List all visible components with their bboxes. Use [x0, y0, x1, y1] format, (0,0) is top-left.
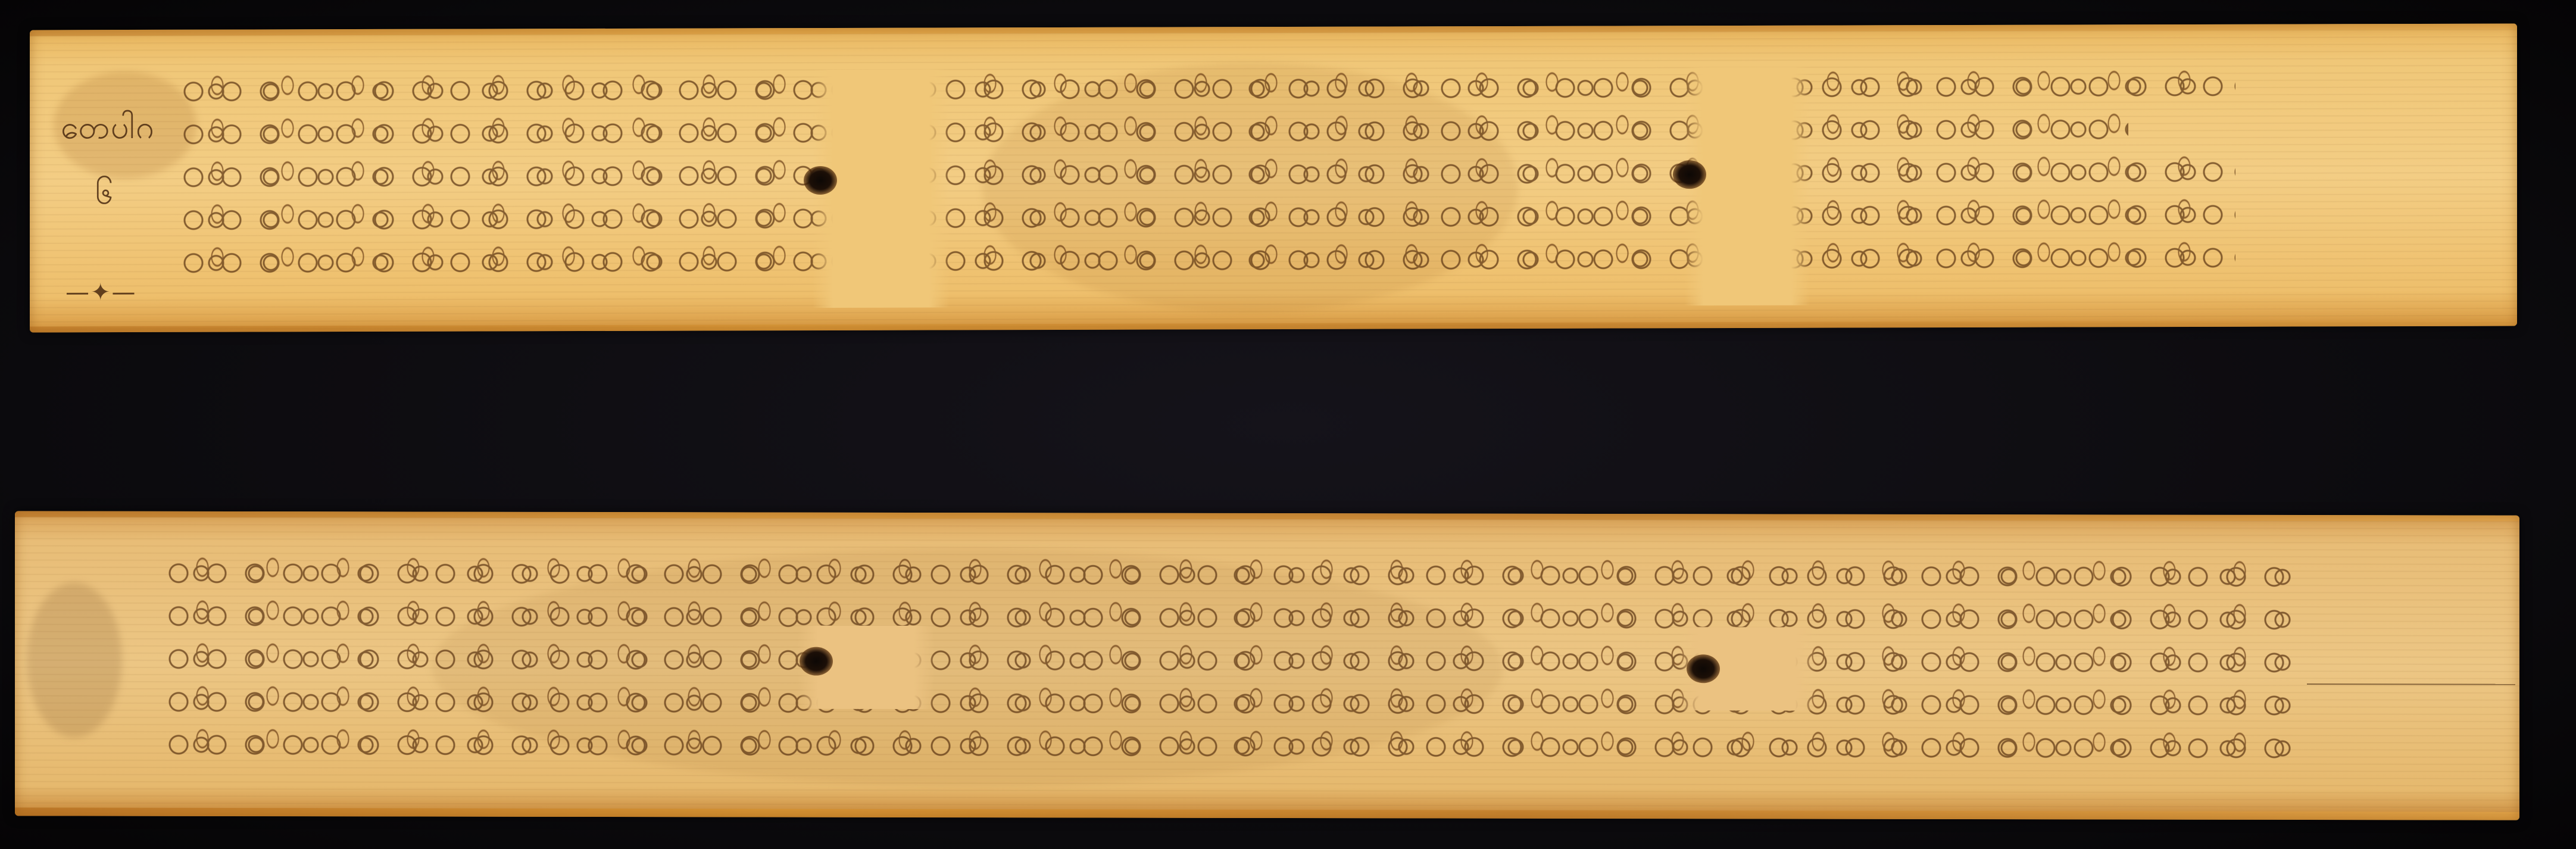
script-line-glyphs [182, 109, 2128, 151]
script-line-glyphs [182, 195, 2235, 237]
leaf-edge-bottom [15, 807, 2519, 820]
leaf-edge-bottom [30, 320, 2517, 333]
leaf-crack [2307, 683, 2515, 685]
script-line-glyphs [182, 152, 2235, 194]
script-line-glyphs [167, 553, 2298, 594]
text-line [167, 682, 2298, 727]
binding-hole-left [804, 166, 837, 195]
binding-hole-right [1673, 160, 1706, 189]
hole-gap [1685, 67, 1810, 306]
leaf-edge-top [15, 511, 2519, 521]
binding-hole-left [800, 647, 833, 676]
text-line [182, 152, 2235, 199]
script-line-glyphs [182, 238, 2235, 280]
text-line [182, 238, 2235, 285]
text-line [167, 553, 2298, 598]
palm-leaf-top: တေပါဂ ၆ —✦— [30, 24, 2517, 333]
binding-hole-right [1687, 654, 1720, 683]
leaf-edge-top [30, 24, 2517, 36]
text-line [167, 725, 2298, 770]
palm-leaf-bottom [15, 511, 2519, 820]
folio-number: ၆ [95, 173, 114, 220]
water-stain [27, 582, 122, 737]
text-line [182, 109, 2128, 156]
text-line [182, 66, 2235, 113]
folio-label: တေပါဂ [61, 107, 155, 154]
script-line-glyphs [167, 725, 2298, 765]
script-line-glyphs [167, 596, 2298, 636]
manuscript-text-block [182, 66, 2235, 310]
text-line [167, 639, 2298, 684]
script-line-glyphs [167, 639, 2298, 679]
manuscript-text-block [167, 553, 2298, 795]
script-line-glyphs [182, 66, 2235, 108]
text-line [182, 195, 2235, 242]
text-line [167, 596, 2298, 641]
script-line-glyphs [167, 682, 2298, 722]
margin-mark: —✦— [65, 279, 137, 306]
